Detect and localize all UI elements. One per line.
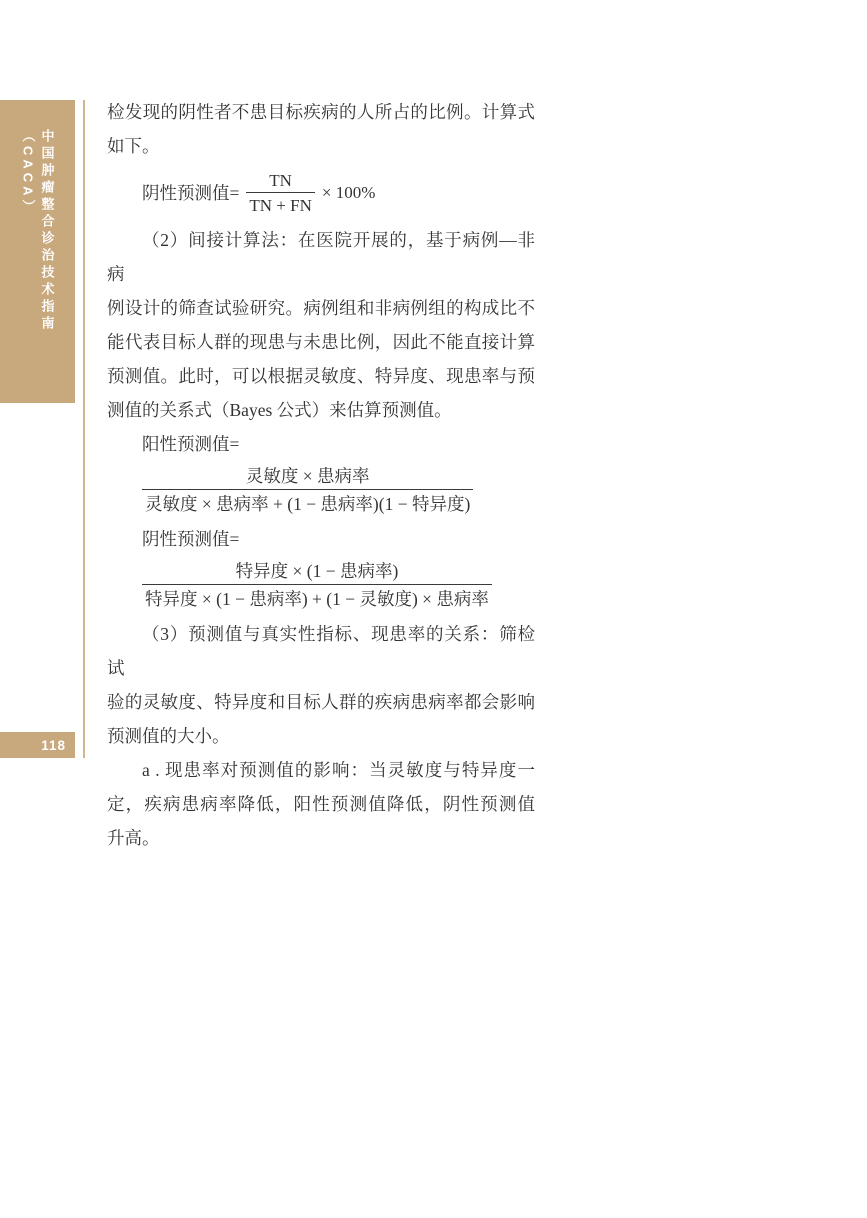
formula-label: 阴性预测值=	[142, 176, 239, 210]
fraction: TN TN + FN	[246, 169, 314, 218]
formula-multiplier: × 100%	[322, 176, 376, 210]
text-line: 定，疾病患病率降低，阳性预测值降低，阴性预测值	[107, 787, 535, 821]
text-line: 验的灵敏度、特异度和目标人群的疾病患病率都会影响	[107, 685, 535, 719]
book-page: 中国肿瘤整合诊治技术指南（CACA） 118 检发现的阴性者不患目标疾病的人所占…	[0, 0, 867, 1218]
text-line: 测值的关系式（Bayes 公式）来估算预测值。	[107, 393, 535, 427]
formula-npv-simple: 阴性预测值= TN TN + FN × 100%	[142, 167, 535, 219]
fraction-denominator: 灵敏度 × 患病率 + (1 − 患病率)(1 − 特异度)	[142, 489, 473, 518]
formula-ppv-fraction: 灵敏度 × 患病率 灵敏度 × 患病率 + (1 − 患病率)(1 − 特异度)	[142, 463, 473, 518]
text-line: 例设计的筛查试验研究。病例组和非病例组的构成比不	[107, 291, 535, 325]
text-line: 预测值的大小。	[107, 719, 535, 753]
main-text-column: 检发现的阴性者不患目标疾病的人所占的比例。计算式 如下。 阴性预测值= TN T…	[107, 95, 535, 855]
fraction-numerator: 特异度 × (1 − 患病率)	[142, 558, 492, 584]
text-line: （3）预测值与真实性指标、现患率的关系：筛检试	[107, 617, 535, 685]
text-line: （2）间接计算法：在医院开展的，基于病例—非病	[107, 223, 535, 291]
text-line: 预测值。此时，可以根据灵敏度、特异度、现患率与预	[107, 359, 535, 393]
page-number-badge: 118	[0, 732, 75, 758]
fraction-numerator: 灵敏度 × 患病率	[142, 463, 473, 489]
sidebar-banner: 中国肿瘤整合诊治技术指南（CACA）	[0, 100, 75, 403]
formula-ppv-label: 阳性预测值=	[107, 427, 535, 461]
fraction-numerator: TN	[246, 169, 314, 192]
text-line: 能代表目标人群的现患与未患比例，因此不能直接计算	[107, 325, 535, 359]
text-line: 如下。	[107, 129, 535, 163]
text-line: a . 现患率对预测值的影响：当灵敏度与特异度一	[107, 753, 535, 787]
text-line: 检发现的阴性者不患目标疾病的人所占的比例。计算式	[107, 95, 535, 129]
fraction-denominator: 特异度 × (1 − 患病率) + (1 − 灵敏度) × 患病率	[142, 584, 492, 613]
text-line: 升高。	[107, 821, 535, 855]
formula-npv-label: 阴性预测值=	[107, 522, 535, 556]
formula-npv-fraction: 特异度 × (1 − 患病率) 特异度 × (1 − 患病率) + (1 − 灵…	[142, 558, 492, 613]
sidebar-divider-line	[83, 100, 85, 758]
page-number: 118	[41, 738, 66, 753]
fraction-denominator: TN + FN	[246, 192, 314, 218]
book-title-vertical: 中国肿瘤整合诊治技术指南（CACA）	[19, 129, 57, 403]
